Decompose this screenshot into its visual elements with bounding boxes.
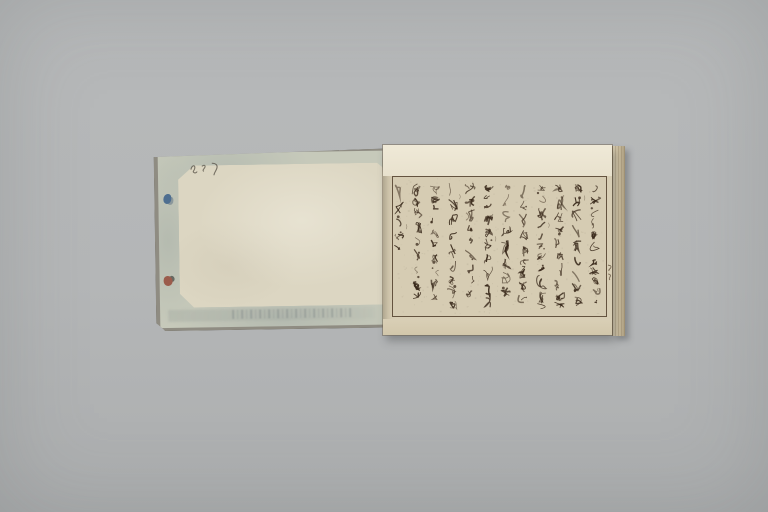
photo-backdrop — [0, 0, 768, 512]
page-stack-fore-edge — [612, 146, 625, 336]
kuzushiji-text-block — [394, 178, 604, 314]
paste-sheet — [178, 163, 385, 308]
right-text-page — [383, 145, 612, 335]
page-bottom-margin — [383, 319, 612, 335]
red-pigment-fleck — [164, 276, 173, 286]
text-frame-border — [392, 176, 607, 317]
left-inside-cover — [154, 149, 386, 332]
page-edge-lines — [612, 146, 625, 336]
leaf-number-mark — [607, 263, 612, 281]
page-top-margin — [383, 145, 612, 176]
faint-stamp-inscription — [232, 308, 352, 319]
handwritten-shelfmark — [188, 160, 222, 177]
blue-pigment-fleck — [163, 194, 171, 204]
endpaper — [158, 151, 386, 329]
